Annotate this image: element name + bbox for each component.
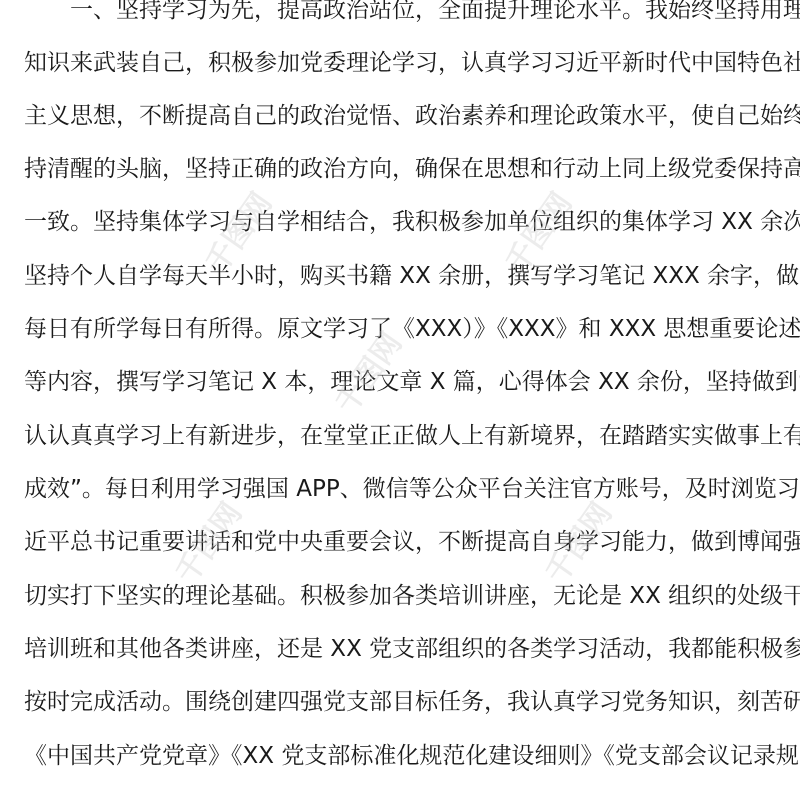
paragraph-line-13: 培训班和其他各类讲座，还是 XX 党支部组织的各类学习活动，我都能积极参加， [24, 633, 776, 665]
paragraph-line-1: 一、坚持学习为先，提高政治站位，全面提升理论水平。我始终坚持用理论 [70, 0, 776, 26]
paragraph-line-15: 《中国共产党党章》《XX 党支部标准化规范化建设细则》《党支部会议记录规 [24, 740, 776, 772]
paragraph-line-7: 每日有所学每日有所得。原文学习了《XXX）》《XXX》和 XXX 思想重要论述 [24, 313, 776, 345]
paragraph-line-3: 主义思想，不断提高自己的政治觉悟、政治素养和理论政策水平，使自己始终保 [24, 100, 776, 132]
paragraph-line-12: 切实打下坚实的理论基础。积极参加各类培训讲座，无论是 XX 组织的处级干部 [24, 580, 776, 612]
document-page: 一、坚持学习为先，提高政治站位，全面提升理论水平。我始终坚持用理论 知识来武装自… [0, 0, 800, 800]
paragraph-line-9: 认认真真学习上有新进步，在堂堂正正做人上有新境界，在踏踏实实做事上有新 [24, 420, 776, 452]
paragraph-line-6: 坚持个人自学每天半小时，购买书籍 XX 余册，撰写学习笔记 XXX 余字，做到 [24, 260, 776, 292]
paragraph-line-10: 成效”。每日利用学习强国 APP、微信等公众平台关注官方账号，及时浏览习 [24, 473, 776, 505]
paragraph-line-11: 近平总书记重要讲话和党中央重要会议，不断提高自身学习能力，做到博闻强记， [24, 526, 776, 558]
paragraph-line-14: 按时完成活动。围绕创建四强党支部目标任务，我认真学习党务知识，刻苦研读 [24, 686, 776, 718]
paragraph-line-5: 一致。坚持集体学习与自学相结合，我积极参加单位组织的集体学习 XX 余次， [24, 206, 776, 238]
paragraph-line-2: 知识来武装自己，积极参加党委理论学习，认真学习习近平新时代中国特色社会 [24, 47, 776, 79]
paragraph-line-4: 持清醒的头脑，坚持正确的政治方向，确保在思想和行动上同上级党委保持高度 [24, 153, 776, 185]
paragraph-line-8: 等内容，撰写学习笔记 X 本，理论文章 X 篇，心得体会 XX 余份，坚持做到“… [24, 366, 776, 398]
